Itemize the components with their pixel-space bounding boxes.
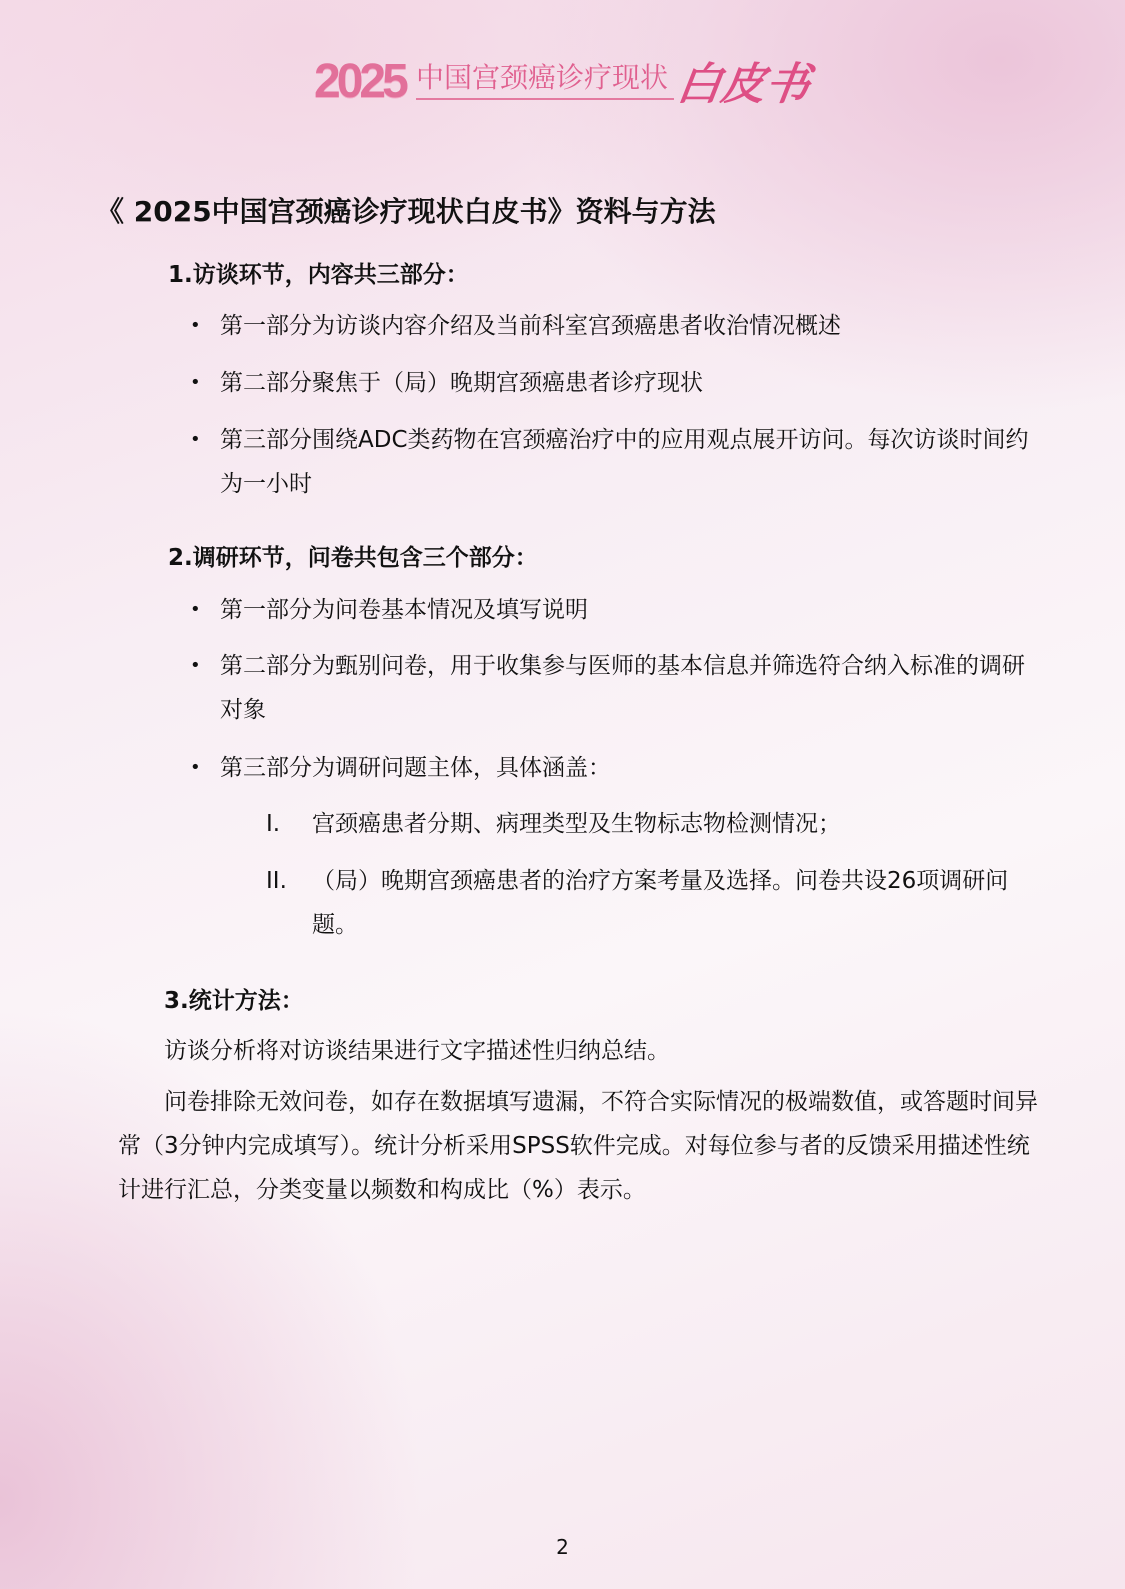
list-item: • 第三部分围绕ADC类药物在宫颈癌治疗中的应用观点展开访问。每次访谈时间约为一…: [190, 418, 1040, 508]
page-title: 《 2025中国宫颈癌诊疗现状白皮书》资料与方法: [96, 190, 716, 230]
header-title: 中国宫颈癌诊疗现状: [416, 56, 668, 96]
header-year: 2025: [314, 54, 405, 109]
sub-list-number: I.: [266, 802, 280, 846]
sub-list-text: 宫颈癌患者分期、病理类型及生物标志物检测情况；: [312, 802, 1040, 846]
header-underline: [416, 98, 674, 100]
bullet-icon: •: [190, 644, 212, 688]
list-item-text: 第二部分为甄别问卷，用于收集参与医师的基本信息并筛选符合纳入标准的调研对象: [220, 644, 1040, 732]
section-heading-interview: 1.访谈环节，内容共三部分：: [168, 256, 469, 289]
section-heading-statistics: 3.统计方法：: [164, 982, 304, 1015]
list-item-text: 第三部分为调研问题主体，具体涵盖：: [220, 746, 1040, 790]
header-brand-calligraphy: 白皮书: [674, 48, 815, 112]
list-item-text: 第一部分为问卷基本情况及填写说明: [220, 588, 1040, 632]
list-item: • 第二部分为甄别问卷，用于收集参与医师的基本信息并筛选符合纳入标准的调研对象: [190, 644, 1040, 734]
sub-list-text: （局）晚期宫颈癌患者的治疗方案考量及选择。问卷共设26项调研问题。: [312, 859, 1040, 947]
page-number: 2: [0, 1535, 1125, 1559]
bullet-icon: •: [190, 588, 212, 632]
bullet-icon: •: [190, 418, 212, 462]
sub-list-number: II.: [266, 859, 287, 903]
report-header-banner: 2025 中国宫颈癌诊疗现状 白皮书: [314, 50, 814, 120]
paragraph: 问卷排除无效问卷，如存在数据填写遗漏，不符合实际情况的极端数值，或答题时间异常（…: [118, 1080, 1040, 1212]
list-item-text: 第一部分为访谈内容介绍及当前科室宫颈癌患者收治情况概述: [220, 304, 1040, 348]
bullet-icon: •: [190, 304, 212, 348]
bullet-icon: •: [190, 746, 212, 790]
section-heading-survey: 2.调研环节，问卷共包含三个部分：: [168, 539, 538, 572]
bullet-icon: •: [190, 361, 212, 405]
list-item-text: 第三部分围绕ADC类药物在宫颈癌治疗中的应用观点展开访问。每次访谈时间约为一小时: [220, 418, 1040, 506]
list-item-text: 第二部分聚焦于（局）晚期宫颈癌患者诊疗现状: [220, 361, 1040, 405]
paragraph: 访谈分析将对访谈结果进行文字描述性归纳总结。: [118, 1029, 1040, 1073]
sub-list-item: II. （局）晚期宫颈癌患者的治疗方案考量及选择。问卷共设26项调研问题。: [266, 859, 1040, 949]
